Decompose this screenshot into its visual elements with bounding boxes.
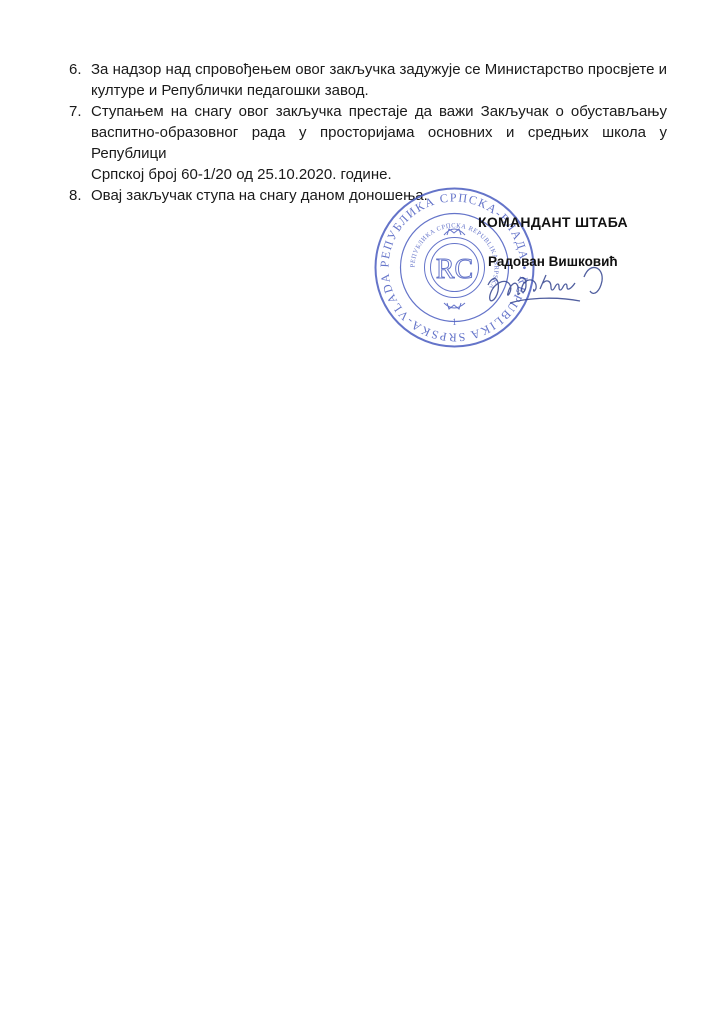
item-number: 7. <box>69 101 91 185</box>
item-number: 8. <box>69 185 91 206</box>
svg-text:1: 1 <box>452 317 457 327</box>
list-item: 6. За надзор над спровођењем овог закључ… <box>69 59 667 101</box>
document-page: 6. За надзор над спровођењем овог закључ… <box>0 0 724 1024</box>
item-text: Ступањем на снагу овог закључка престаје… <box>91 101 667 185</box>
item-line: културе и Републички педагошки завод. <box>91 80 667 101</box>
item-line: васпитно-образовног рада у просторијама … <box>91 122 667 164</box>
item-line: За надзор над спровођењем овог закључка … <box>91 59 667 80</box>
list-item: 7. Ступањем на снагу овог закључка прест… <box>69 101 667 185</box>
item-line: Српској број 60-1/20 од 25.10.2020. годи… <box>91 164 667 185</box>
item-number: 6. <box>69 59 91 101</box>
list-item: 8. Овај закључак ступа на снагу даном до… <box>69 185 667 206</box>
item-line: Ступањем на снагу овог закључка престаје… <box>91 101 667 122</box>
conclusion-items-list: 6. За надзор над спровођењем овог закључ… <box>69 59 667 206</box>
item-text: За надзор над спровођењем овог закључка … <box>91 59 667 101</box>
signatory-name: Радован Вишковић <box>488 254 618 269</box>
signatory-title: КОМАНДАНТ ШТАБА <box>478 214 628 230</box>
svg-text:RC: RC <box>436 254 473 285</box>
